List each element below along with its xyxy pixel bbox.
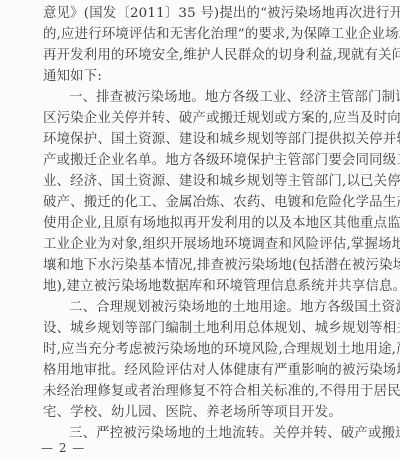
text-line: 意见》(国发〔2011〕35 号)提出的“被污染场地再次进行开发利用 <box>43 3 343 24</box>
text-line: 使用企业,且原有场地拟再开发利用的以及本地区其他重点监管 <box>43 213 343 234</box>
text-line: 一、排查被污染场地。地方各级工业、经济主管部门制订本地 <box>43 87 343 108</box>
text-line: 未经治理修复或者治理修复不符合相关标准的,不得用于居民住 <box>43 381 343 402</box>
text-line: 工业企业为对象,组织开展场地环境调查和风险评估,掌握场地土 <box>43 234 343 255</box>
page-number: — 2 — <box>41 441 85 455</box>
text-line: 再开发利用的环境安全,维护人民群众的切身利益,现就有关问题 <box>43 45 343 66</box>
text-line: 设、城乡规划等部门编制土地利用总体规划、城乡规划等相关规划 <box>43 318 343 339</box>
text-line: 产或搬迁企业名单。地方各级环境保护主管部门要会同同级工 <box>43 150 343 171</box>
text-line: 壤和地下水污染基本情况,排查被污染场地(包括潜在被污染场 <box>43 255 343 276</box>
document-page: 意见》(国发〔2011〕35 号)提出的“被污染场地再次进行开发利用的,应进行环… <box>0 0 400 460</box>
text-line: 通知如下: <box>43 66 343 87</box>
document-body: 意见》(国发〔2011〕35 号)提出的“被污染场地再次进行开发利用的,应进行环… <box>43 3 343 444</box>
text-line: 二、合理规划被污染场地的土地用途。地方各级国土资源、建 <box>43 297 343 318</box>
text-line: 时,应当充分考虑被污染场地的环境风险,合理规划土地用途,严 <box>43 339 343 360</box>
text-line: 破产、搬迁的化工、金属冶炼、农药、电镀和危险化学品生产、储存、 <box>43 192 343 213</box>
text-line: 地),建立被污染场地数据库和环境管理信息系统并共享信息。 <box>43 276 343 297</box>
text-line: 三、严控被污染场地的土地流转。关停并转、破产或搬迁工业 <box>43 423 343 444</box>
text-line: 业、经济、国土资源、建设和城乡规划等主管部门,以已关停并转、 <box>43 171 343 192</box>
text-line: 格用地审批。经风险评估对人体健康有严重影响的被污染场地, <box>43 360 343 381</box>
text-line: 的,应进行环境评估和无害化治理”的要求,为保障工业企业场地 <box>43 24 343 45</box>
text-line: 宅、学校、幼儿园、医院、养老场所等项目开发。 <box>43 402 343 423</box>
text-line: 区污染企业关停并转、破产或搬迁规划或方案的,应当及时向同级 <box>43 108 343 129</box>
text-line: 环境保护、国土资源、建设和城乡规划等部门提供拟关停并转、破 <box>43 129 343 150</box>
